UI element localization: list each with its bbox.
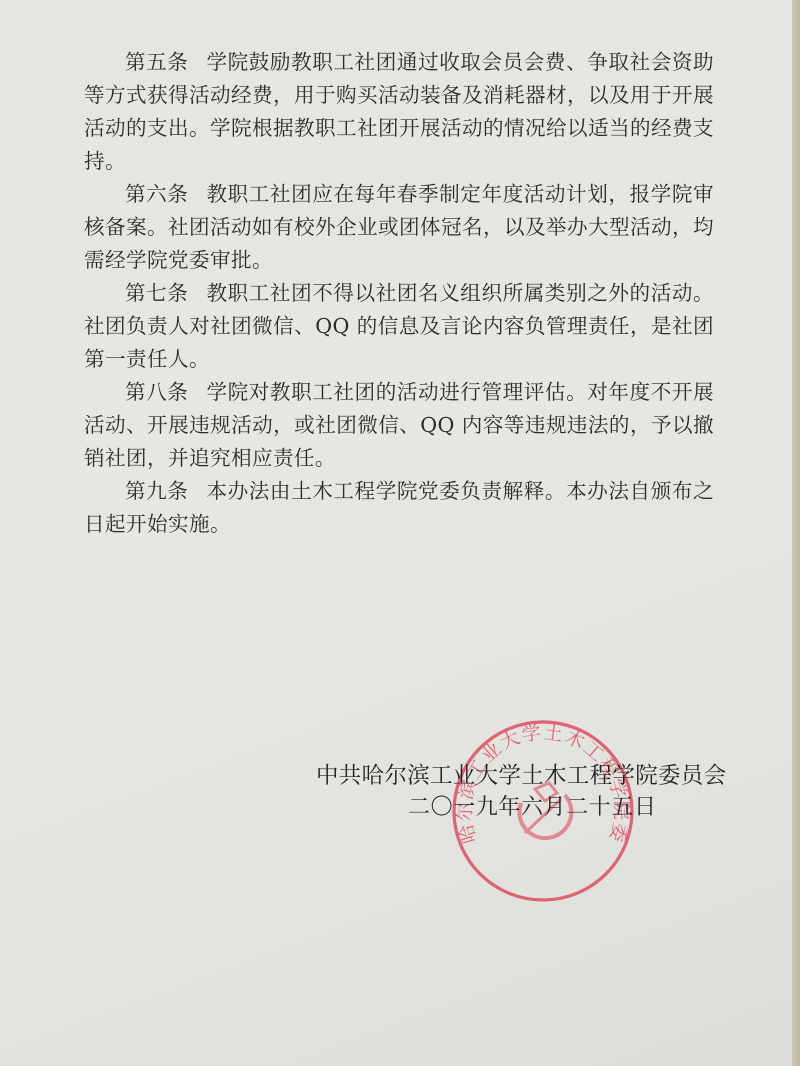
article-number: 第六条 xyxy=(125,182,188,206)
article-number: 第七条 xyxy=(125,281,188,305)
article-5: 第五条学院鼓励教职工社团通过收取会员会费、争取社会资助等方式获得活动经费，用于购… xyxy=(84,46,714,178)
issuing-organization: 中共哈尔滨工业大学土木工程学院委员会 xyxy=(316,758,726,790)
seal-text: 中共哈尔滨工业大学土木工程学院委员会 xyxy=(450,718,632,846)
article-number: 第五条 xyxy=(125,50,188,74)
svg-text:中共哈尔滨工业大学土木工程学院委员会: 中共哈尔滨工业大学土木工程学院委员会 xyxy=(450,718,632,846)
article-6: 第六条教职工社团应在每年春季制定年度活动计划，报学院审核备案。社团活动如有校外企… xyxy=(84,178,714,277)
issue-date: 二〇一九年六月二十五日 xyxy=(408,790,657,821)
official-seal-icon: 中共哈尔滨工业大学土木工程学院委员会 xyxy=(450,718,636,904)
document-body: 第五条学院鼓励教职工社团通过收取会员会费、争取社会资助等方式获得活动经费，用于购… xyxy=(84,46,714,541)
article-9: 第九条本办法由土木工程学院党委负责解释。本办法自颁布之日起开始实施。 xyxy=(84,475,714,541)
article-number: 第八条 xyxy=(125,380,188,404)
article-8: 第八条学院对教职工社团的活动进行管理评估。对年度不开展活动、开展违规活动，或社团… xyxy=(84,376,714,475)
page-edge xyxy=(792,0,800,1066)
article-7: 第七条教职工社团不得以社团名义组织所属类别之外的活动。社团负责人对社团微信、QQ… xyxy=(84,277,714,376)
article-number: 第九条 xyxy=(125,479,188,503)
